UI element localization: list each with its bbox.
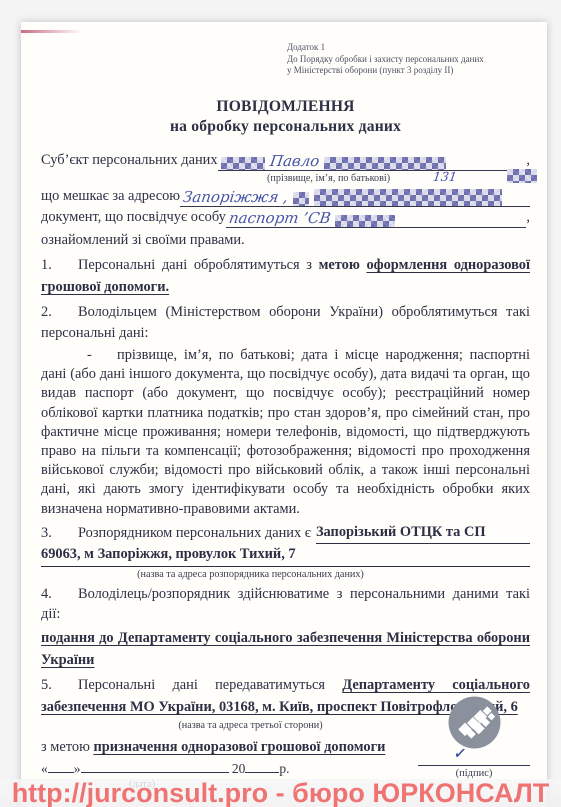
goal-underlined: призначення одноразової грошової допомог… — [93, 739, 385, 755]
document-page: Додаток 1 До Порядку обробки і захисту п… — [21, 22, 547, 807]
watermark-band: http://jurconsult.pro - бюро ЮРКОНСАЛТ — [0, 779, 561, 807]
subject-document-line: документ, що посвідчує особу паспорт ’СВ… — [41, 207, 530, 228]
filled-blank: 69063, м Запоріжжя, провулок Тихий, 7 — [41, 544, 530, 567]
paragraph-3: 3.Розпорядником персональних даних є Зап… — [41, 522, 530, 582]
censored-region — [324, 157, 446, 170]
signature-line — [418, 763, 530, 766]
month-blank — [81, 758, 229, 773]
paragraph-text: Розпорядником персональних даних є — [78, 523, 311, 545]
quote-open: « — [41, 761, 48, 776]
censored-region — [293, 192, 309, 206]
handwritten-first-name: Павло — [268, 153, 320, 170]
censored-region — [221, 157, 265, 170]
list-dash: - — [41, 346, 117, 365]
actions-text: подання до Департаменту соціального забе… — [41, 630, 530, 668]
title-line-1: ПОВІДОМЛЕННЯ — [41, 97, 530, 118]
controller-caption: (назва та адреса розпорядника персональн… — [41, 568, 530, 582]
document-label: документ, що посвідчує особу — [41, 207, 226, 228]
paragraph-4-underlined: подання до Департаменту соціального забе… — [41, 627, 530, 671]
jurconsult-logo-icon — [448, 696, 501, 749]
handwritten-city: Запоріжжя , — [182, 189, 289, 206]
name-caption-row: (прізвище, ім’я, по батькові) 131 — [41, 171, 530, 186]
bold-text: метою — [319, 257, 360, 273]
details-text: прізвище, ім’я, по батькові; дата і місц… — [41, 347, 530, 517]
reference-line: у Міністерстві оборони (пункт 3 розділу … — [287, 65, 530, 77]
title-line-2: на обробку персональних даних — [41, 117, 530, 138]
paragraph-1: 1.Персональні дані оброблятимуться з мет… — [41, 254, 530, 298]
document-content: Додаток 1 До Порядку обробки і захисту п… — [21, 22, 547, 757]
subject-label: Суб’єкт персональних даних — [41, 150, 218, 171]
paragraph-3-line-2: 69063, м Запоріжжя, провулок Тихий, 7 — [41, 544, 530, 567]
line-comma: , — [526, 150, 530, 171]
handwritten-number: 131 — [432, 168, 458, 185]
paragraph-number: 5. — [41, 674, 78, 696]
line-comma: , — [526, 207, 530, 228]
paragraph-text: Персональні дані передаватимуться — [78, 677, 325, 693]
year-prefix: 20 — [232, 761, 246, 776]
paragraph-number: 3. — [41, 523, 78, 545]
subject-address-line: що мешкає за адресою Запоріжжя , — [41, 186, 530, 207]
paragraph-2-details: -прізвище, ім’я, по батькові; дата і міс… — [41, 346, 530, 519]
address-label: що мешкає за адресою — [41, 186, 180, 207]
reference-note: Додаток 1 До Порядку обробки і захисту п… — [287, 42, 530, 77]
paragraph-3-line-1: 3.Розпорядником персональних даних є Зап… — [41, 522, 530, 545]
subject-section: Суб’єкт персональних даних Павло , (пріз… — [41, 150, 530, 251]
handwritten-passport: паспорт ’СВ — [228, 210, 332, 227]
address-blank: Запоріжжя , — [180, 189, 530, 207]
document-blank: паспорт ’СВ — [226, 210, 527, 228]
signature-checkmark: ✓ — [389, 746, 532, 763]
watermark-url-text: http://jurconsult.pro - бюро ЮРКОНСАЛТ — [12, 778, 550, 807]
filled-blank: Запорізький ОТЦК та СП — [316, 522, 530, 545]
date-line: «» 20р. — [41, 758, 290, 777]
goal-label: з метою — [41, 739, 90, 755]
paragraph-number: 4. — [41, 584, 78, 605]
year-suffix: р. — [279, 761, 289, 776]
signature-block: ✓ (підпис) — [418, 746, 530, 779]
reference-line: Додаток 1 — [287, 42, 530, 54]
paragraph-number: 2. — [41, 302, 78, 323]
reference-line: До Порядку обробки і захисту персональни… — [287, 54, 530, 66]
document-title: ПОВІДОМЛЕННЯ на обробку персональних дан… — [41, 97, 530, 138]
year-blank — [245, 758, 279, 773]
censored-region — [314, 189, 502, 206]
day-blank — [48, 758, 74, 773]
controller-address: 69063, м Запоріжжя, провулок Тихий, 7 — [41, 546, 296, 562]
subject-name-blank: Павло — [218, 153, 527, 171]
paragraph-text: Володілець/розпорядник здійснюватиме з п… — [41, 586, 530, 623]
screenshot-stage: Додаток 1 До Порядку обробки і захисту п… — [0, 0, 561, 807]
censored-region — [335, 215, 395, 227]
paragraph-text: Володільцем (Міністерством оборони Украї… — [41, 304, 530, 341]
paragraph-number: 1. — [41, 254, 78, 276]
quote-close: » — [74, 761, 81, 776]
paragraph-4: 4.Володілець/розпорядник здійснюватиме з… — [41, 584, 530, 625]
paragraph-text: Персональні дані оброблятимуться з — [78, 257, 312, 273]
censored-region — [507, 169, 537, 183]
acknowledgement-line: ознайомлений зі своїми правами. — [41, 230, 530, 251]
name-caption: (прізвище, ім’я, по батькові) — [267, 172, 390, 185]
paragraph-2: 2.Володільцем (Міністерством оборони Укр… — [41, 302, 530, 343]
controller-name: Запорізький ОТЦК та СП — [316, 524, 486, 540]
